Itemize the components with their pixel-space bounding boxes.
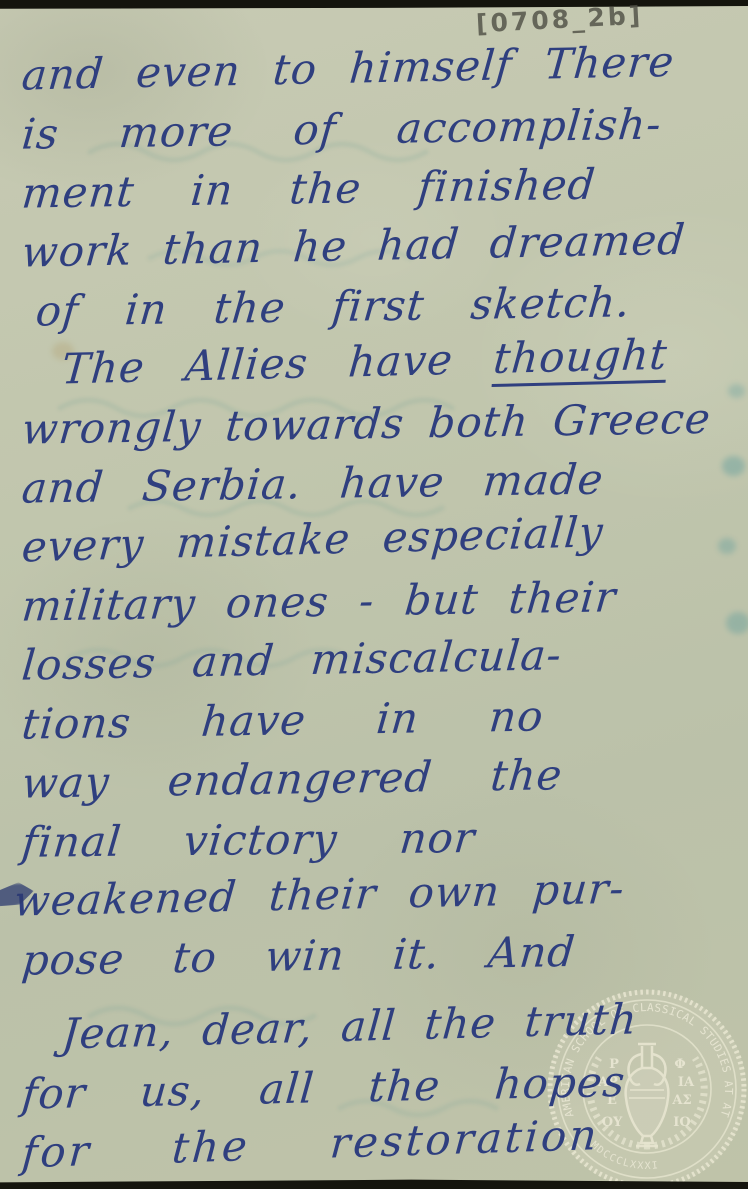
letter-line: pose to win it. And xyxy=(0,919,748,990)
handwritten-letter-body: and even to himself Thereis more of acco… xyxy=(0,46,748,1183)
letter-line: way endangered the xyxy=(0,742,748,813)
underlined-word: thought xyxy=(491,330,669,387)
